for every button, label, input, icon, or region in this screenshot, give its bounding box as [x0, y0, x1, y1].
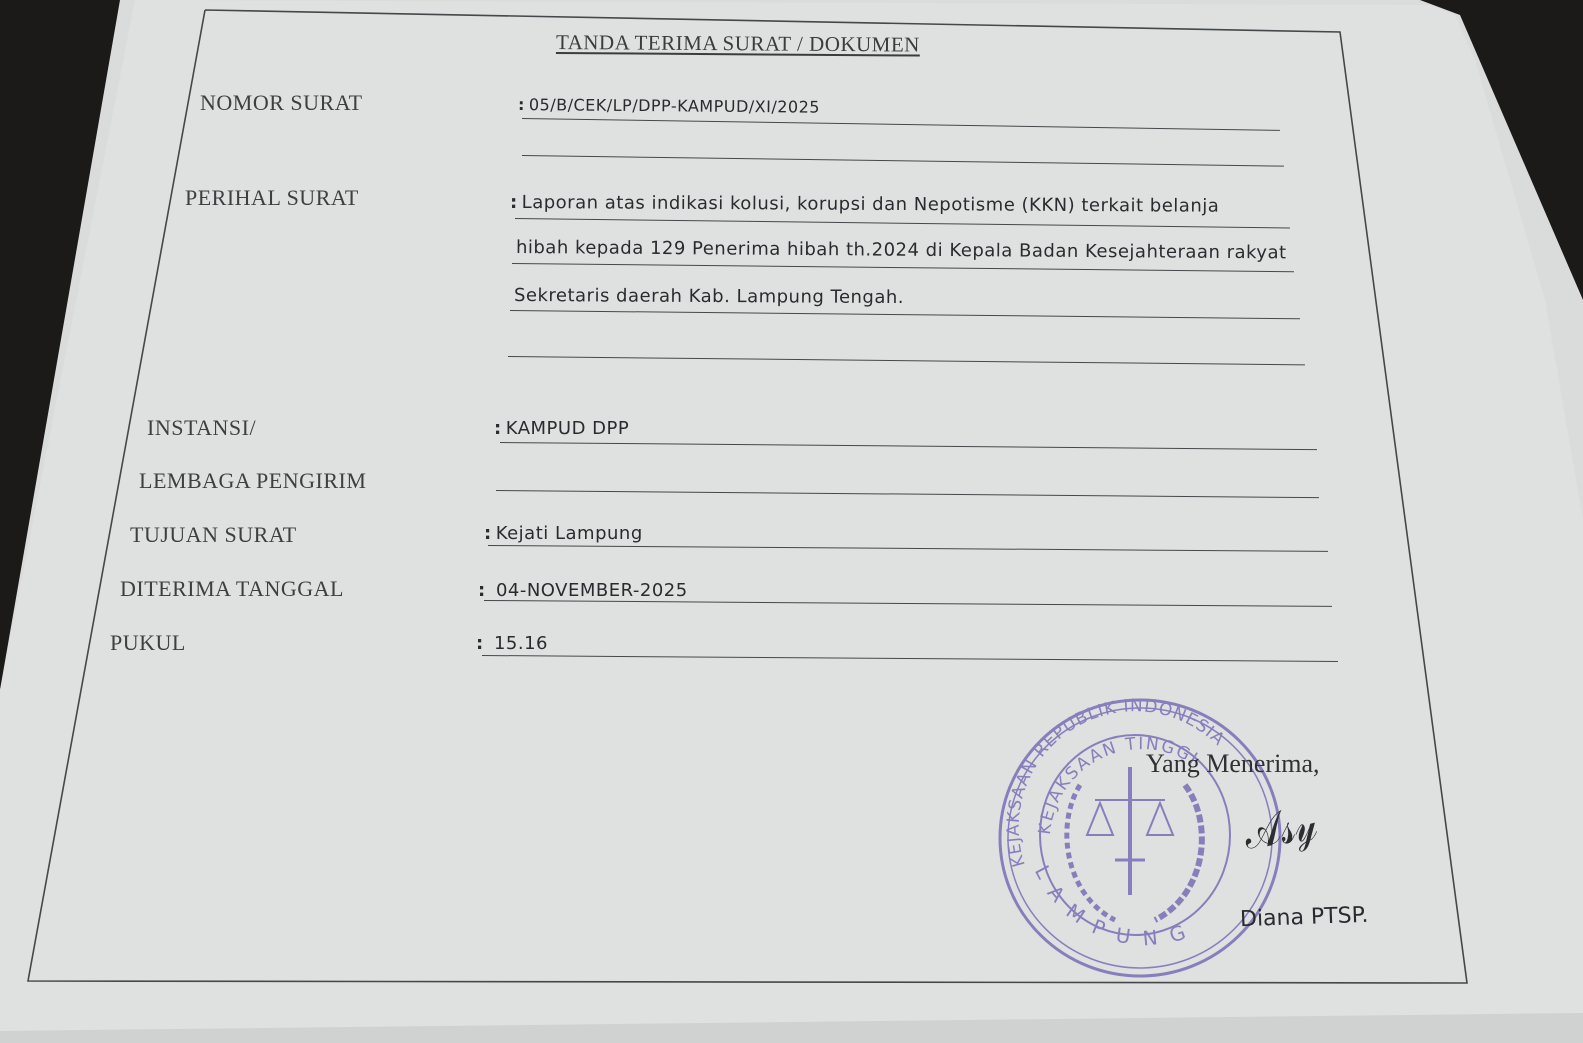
- svg-text:KEJAKSAAN REPUBLIK INDONESIA: KEJAKSAAN REPUBLIK INDONESIA: [1004, 696, 1229, 869]
- label-pukul: PUKUL: [110, 630, 186, 656]
- colon: :: [478, 580, 486, 601]
- receiver-name: Diana PTSP.: [1240, 903, 1369, 932]
- nomor-surat-text: 05/B/CEK/LP/DPP-KAMPUD/XI/2025: [529, 95, 820, 117]
- value-pukul: : 15.16: [476, 633, 548, 654]
- label-diterima-tanggal: DITERIMA TANGGAL: [120, 576, 344, 602]
- label-nomor-surat: NOMOR SURAT: [200, 90, 363, 116]
- value-perihal-line-1: :Laporan atas indikasi kolusi, korupsi d…: [510, 192, 1219, 217]
- label-tujuan-surat: TUJUAN SURAT: [130, 522, 297, 548]
- colon: :: [510, 192, 518, 213]
- receiver-label: Yang Menerima,: [1146, 749, 1320, 779]
- label-lembaga-pengirim: LEMBAGA PENGIRIM: [139, 468, 366, 494]
- label-instansi: INSTANSI/: [147, 415, 256, 441]
- perihal-text-1: Laporan atas indikasi kolusi, korupsi da…: [522, 192, 1220, 217]
- colon: :: [476, 633, 484, 654]
- tanggal-text: 04-NOVEMBER-2025: [496, 580, 688, 601]
- value-instansi: :KAMPUD DPP: [494, 418, 629, 439]
- colon: :: [518, 95, 525, 114]
- official-stamp-icon: KEJAKSAAN REPUBLIK INDONESIA KEJAKSAAN T…: [995, 695, 1285, 980]
- colon: :: [484, 523, 492, 544]
- document-title: TANDA TERIMA SURAT / DOKUMEN: [556, 30, 920, 58]
- stamp-outer-text: KEJAKSAAN REPUBLIK INDONESIA: [1004, 696, 1229, 869]
- signature-mark: 𝒜𝓈𝓎: [1240, 795, 1320, 862]
- value-diterima-tanggal: : 04-NOVEMBER-2025: [478, 580, 688, 601]
- value-nomor-surat: :05/B/CEK/LP/DPP-KAMPUD/XI/2025: [518, 95, 820, 117]
- colon: :: [494, 418, 502, 439]
- tujuan-text: Kejati Lampung: [496, 523, 643, 544]
- value-tujuan-surat: :Kejati Lampung: [484, 523, 643, 544]
- label-perihal-surat: PERIHAL SURAT: [185, 185, 359, 211]
- instansi-text: KAMPUD DPP: [506, 418, 630, 439]
- pukul-text: 15.16: [494, 633, 548, 654]
- value-perihal-line-3: Sekretaris daerah Kab. Lampung Tengah.: [514, 285, 904, 308]
